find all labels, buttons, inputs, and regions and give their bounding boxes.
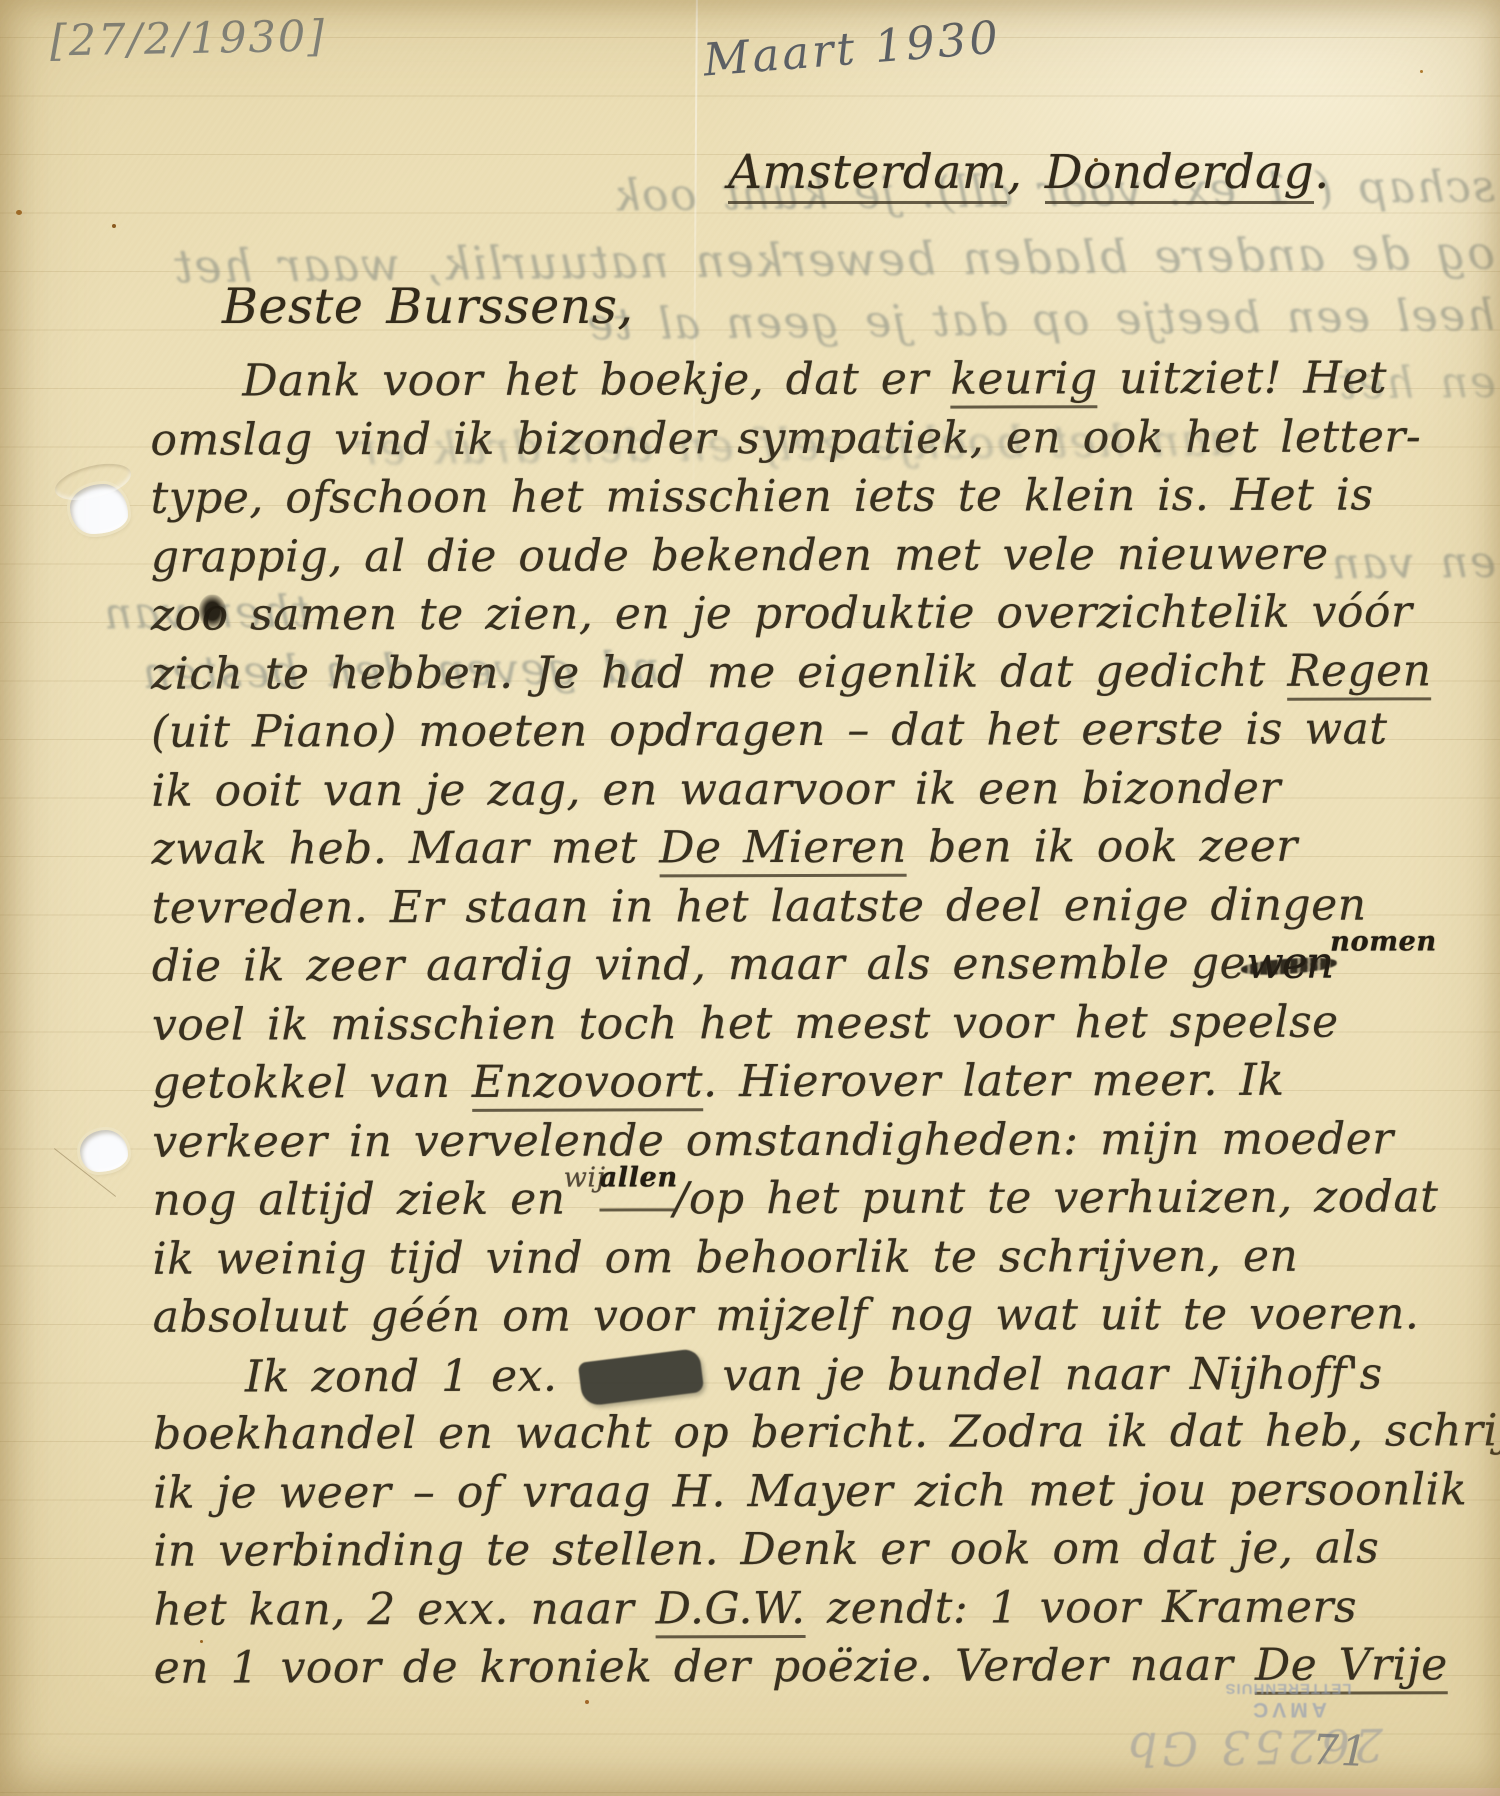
letter-body: Dank voor het boekje, dat er keurig uitz… (150, 349, 1444, 1698)
paper-speck (112, 224, 116, 228)
text-segment: Ik zond 1 ex. (245, 1350, 579, 1402)
text-segment: De Mieren (659, 822, 907, 878)
text-segment: Enzovoort (472, 1056, 703, 1112)
text-segment: boekhandel en wacht op bericht. Zodra ik… (153, 1405, 1500, 1460)
text-segment: o (202, 589, 229, 640)
text-segment: zendt: 1 voor Kramers (805, 1581, 1357, 1633)
archival-date-annotation: [27/2/1930] (50, 12, 327, 67)
handwritten-line: Ik zond 1 ex. van je bundel naar Nijhoff… (153, 1344, 1443, 1406)
folio-number: 71 (1311, 1725, 1370, 1776)
handwritten-line: ik weinig tijd vind om behoorlik te schr… (153, 1227, 1443, 1289)
text-segment: verkeer in vervelende omstandigheden: mi… (152, 1113, 1394, 1167)
text-segment: uitziet! Het (1098, 352, 1387, 404)
text-segment: die ik zeer aardig vind, maar als ensemb… (152, 938, 1246, 992)
handwritten-line: zwak heb. Maar met De Mieren ben ik ook … (151, 817, 1441, 879)
paper-speck (200, 1640, 203, 1643)
text-segment: D.G.W. (656, 1582, 806, 1637)
text-segment: ik weinig tijd vind om behoorlik te schr… (153, 1230, 1299, 1284)
text-segment: ben ik ook zeer (907, 821, 1298, 873)
text-segment: voel ik misschien toch het meest voor he… (152, 996, 1339, 1050)
handwritten-line: Beste Burssens, (222, 276, 633, 335)
handwritten-line: verkeer in vervelende omstandigheden: mi… (152, 1110, 1442, 1172)
text-segment: grappig, al die oude bekenden met vele n… (151, 528, 1329, 582)
stamp-text: AMVC (1222, 1697, 1354, 1721)
text-segment: zich te hebben. Je had me eigenlik dat g… (151, 645, 1287, 699)
text-segment: omslag vind ik bizonder sympatiek, en oo… (150, 411, 1421, 465)
handwritten-line: ik ooit van je zag, en waarvoor ik een b… (151, 759, 1441, 821)
text-segment: nog altijd ziek en (152, 1174, 565, 1226)
text-segment: , (1007, 145, 1045, 200)
redacted-word (578, 1347, 705, 1406)
paper-speck (585, 1700, 589, 1704)
text-segment: Dank voor het boekje, dat er (242, 354, 950, 407)
text-segment: keurig (950, 353, 1097, 408)
paper-speck (1094, 158, 1098, 162)
text-segment: wen (1246, 938, 1332, 989)
handwritten-line: getokkel van Enzovoort. Hierover later m… (152, 1051, 1442, 1113)
text-segment: tevreden. Er staan in het laatste deel e… (152, 879, 1367, 933)
text-segment: Amsterdam (728, 145, 1007, 204)
handwritten-line: boekhandel en wacht op bericht. Zodra ik… (153, 1402, 1443, 1464)
handwritten-line: tevreden. Er staan in het laatste deel e… (152, 876, 1442, 938)
text-segment: allen (599, 1148, 677, 1211)
text-segment: samen te zien, en je produktie overzicht… (229, 586, 1413, 640)
letter-scan-page: schap ( 1 ex. voor all). je kunt ook og … (0, 0, 1500, 1796)
paper-speck (1420, 70, 1423, 73)
salutation: Beste Burssens, (222, 276, 633, 335)
handwritten-line: absoluut géén om voor mijzelf nog wat ui… (153, 1285, 1443, 1347)
place-date-line: Amsterdam, Donderdag. (728, 142, 1330, 201)
text-segment: Donderdag (1045, 145, 1314, 204)
stamp-text: LETTERENHUIS (1222, 1680, 1354, 1697)
punch-hole (80, 1130, 128, 1172)
text-segment: (uit Piano) moeten opdragen – dat het ee… (151, 703, 1387, 757)
handwritten-line: zich te hebben. Je had me eigenlik dat g… (151, 642, 1441, 704)
paper-speck (16, 210, 22, 215)
text-segment: van je bundel naar Nijhoff's (701, 1348, 1383, 1401)
handwritten-line: in verbinding te stellen. Denk er ook om… (153, 1519, 1443, 1581)
scan-edge-artifact (1085, 1788, 1500, 1796)
text-segment: ik ooit van je zag, en waarvoor ik een b… (151, 762, 1281, 816)
handwritten-line: omslag vind ik bizonder sympatiek, en oo… (150, 408, 1440, 470)
handwritten-line: Dank voor het boekje, dat er keurig uitz… (150, 349, 1440, 411)
handwritten-line: (uit Piano) moeten opdragen – dat het ee… (151, 700, 1441, 762)
handwritten-line: type, ofschoon het misschien iets te kle… (151, 466, 1441, 528)
text-segment: en 1 voor de kroniek der poëzie. Verder … (154, 1640, 1255, 1694)
handwritten-line: Amsterdam, Donderdag. (728, 142, 1330, 201)
text-segment: absoluut géén om voor mijzelf nog wat ui… (153, 1288, 1420, 1342)
text-segment: Beste Burssens, (222, 278, 633, 335)
handwritten-line: grappig, al die oude bekenden met vele n… (151, 525, 1441, 587)
text-segment: type, ofschoon het misschien iets te kle… (151, 469, 1374, 523)
text-segment: . Hierover later meer. Ik (703, 1055, 1285, 1108)
inventory-prefix: Gb (1124, 1721, 1199, 1776)
text-segment: Regen (1287, 645, 1431, 700)
handwritten-line: het kan, 2 exx. naar D.G.W. zendt: 1 voo… (153, 1578, 1443, 1640)
pencil-date-annotation: Maart 1930 (701, 10, 1002, 86)
handwritten-line: nog altijd ziek enwij allen/op het punt … (152, 1168, 1442, 1230)
text-segment: het kan, 2 exx. naar (153, 1583, 655, 1635)
text-segment: in verbinding te stellen. Denk er ook om… (153, 1522, 1379, 1576)
punch-hole (70, 484, 128, 534)
text-segment: /op het punt te verhuizen, zodat (674, 1171, 1439, 1224)
text-segment: getokkel van (152, 1057, 472, 1109)
handwritten-line: ik je weer – of vraag H. Mayer zich met … (153, 1461, 1443, 1523)
handwritten-line: die ik zeer aardig vind, maar als ensemb… (152, 934, 1442, 996)
text-segment: zwak heb. Maar met (151, 822, 659, 874)
handwritten-line: zoo samen te zien, en je produktie overz… (151, 583, 1441, 645)
handwritten-line: voel ik misschien toch het meest voor he… (152, 993, 1442, 1055)
text-segment: ik je weer – of vraag H. Mayer zich met … (153, 1464, 1467, 1518)
text-segment: nomen (1330, 912, 1437, 971)
text-segment: zo (151, 590, 202, 641)
text-segment: . (1314, 145, 1329, 200)
archive-stamp: AMVC LETTERENHUIS (1222, 1680, 1354, 1721)
